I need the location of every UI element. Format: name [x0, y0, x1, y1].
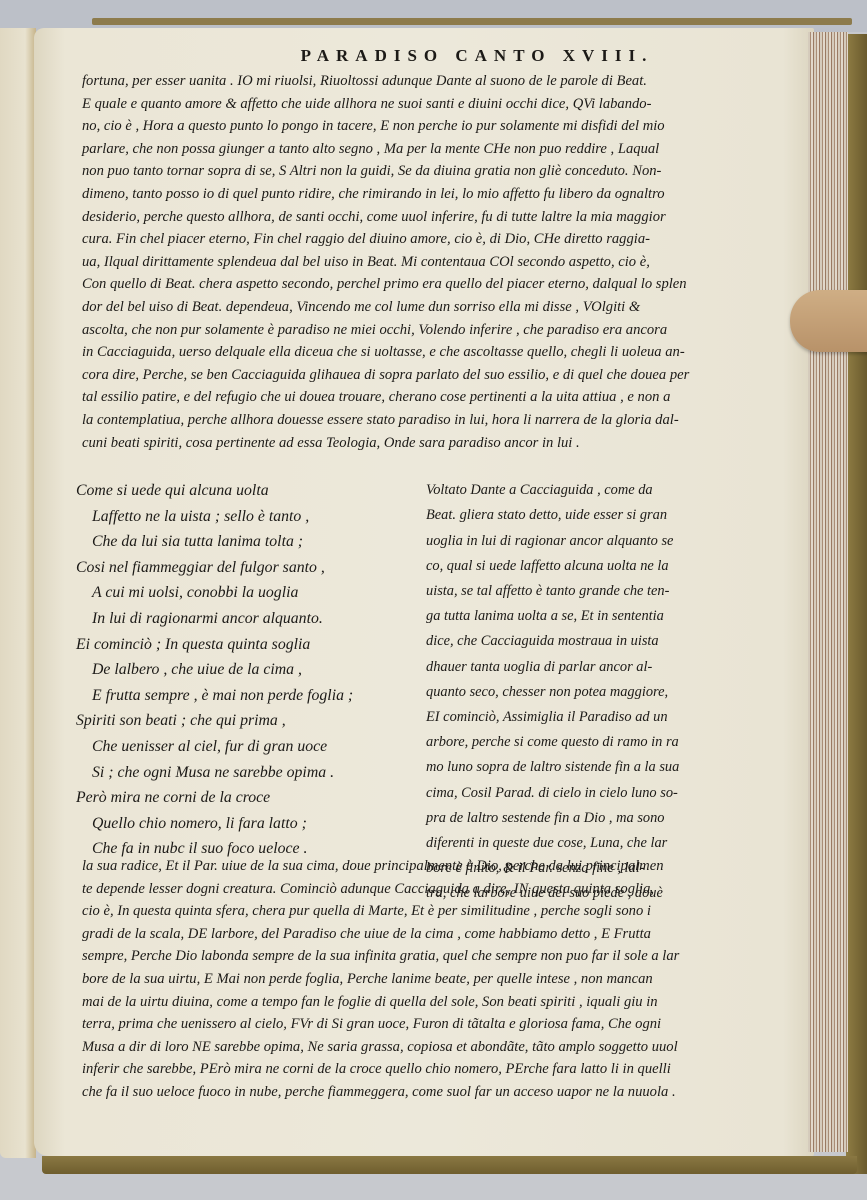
commentary-line: fortuna, per esser uanita . IO mi riuols…	[82, 70, 802, 93]
commentary-line: terra, prima che uenissero al cielo, FVr…	[82, 1013, 802, 1036]
commentary-line: bore de la sua uirtu, E Mai non perde fo…	[82, 968, 802, 991]
commentary-line: desiderio, perche questo allhora, de san…	[82, 206, 802, 229]
commentary-line: la contemplatiua, perche allhora douesse…	[82, 409, 802, 432]
gloss-line: dice, che Cacciaguida mostraua in uista	[426, 629, 722, 654]
commentary-line: parlare, che non possa giunger a tanto a…	[82, 138, 802, 161]
commentary-line: tal essilio patire, e del refugio che ui…	[82, 386, 802, 409]
commentary-line: dimeno, tanto posso io di quel punto rid…	[82, 183, 802, 206]
gloss-line: co, qual si uede laffetto alcuna uolta n…	[426, 554, 722, 579]
commentary-line: Con quello di Beat. chera aspetto second…	[82, 273, 802, 296]
gloss-line: uoglia in lui di ragionar ancor alquanto…	[426, 529, 722, 554]
verse-line: Cosi nel fiammeggiar del fulgor santo ,	[76, 555, 416, 581]
verse-line: Laffetto ne la uista ; sello è tanto ,	[76, 504, 416, 530]
gloss-line: Voltato Dante a Cacciaguida , come da	[426, 478, 722, 503]
commentary-line: non puo tanto tornar sopra di se, S Altr…	[82, 160, 802, 183]
page-content: PARADISO CANTO XVIII. fortuna, per esser…	[82, 46, 802, 1104]
gloss-line: pra de laltro sestende fin a Dio , ma so…	[426, 806, 722, 831]
commentary-line: ascolta, che non pur solamente è paradis…	[82, 319, 802, 342]
previous-page-edge	[0, 28, 36, 1158]
commentary-line: che fa il suo ueloce fuoco in nube, perc…	[82, 1081, 802, 1104]
verse-line: Si ; che ogni Musa ne sarebbe opima .	[76, 760, 416, 786]
gloss-line: dhauer tanta uoglia di parlar ancor al-	[426, 655, 722, 680]
verse-line: Però mira ne corni de la croce	[76, 785, 416, 811]
gloss-line: mo luno sopra de laltro sistende fin a l…	[426, 755, 722, 780]
verse-line: Che fa in nubc il suo foco ueloce .	[76, 836, 416, 862]
commentary-line: inferir che sarebbe, PErò mira ne corni …	[82, 1058, 802, 1081]
verse-line: De lalbero , che uiue de la cima ,	[76, 657, 416, 683]
commentary-line: E quale e quanto amore & affetto che uid…	[82, 93, 802, 116]
verse-line: Come si uede qui alcuna uolta	[76, 478, 416, 504]
commentary-line: dor del bel uiso di Beat. dependeua, Vin…	[82, 296, 802, 319]
verse-line: E frutta sempre , è mai non perde foglia…	[76, 683, 416, 709]
commentary-line: Musa a dir di loro NE sarebbe opima, Ne …	[82, 1036, 802, 1059]
commentary-line: cuni beati spiriti, cosa pertinente ad e…	[82, 432, 802, 455]
commentary-line: gradi de la scala, DE larbore, del Parad…	[82, 923, 802, 946]
gloss-line: arbore, perche si come questo di ramo in…	[426, 730, 722, 755]
verse-line: Che uenisser al ciel, fur di gran uoce	[76, 734, 416, 760]
gloss-line: EI cominciò, Assimiglia il Paradiso ad u…	[426, 705, 722, 730]
verse-line: Quello chio nomero, li fara latto ;	[76, 811, 416, 837]
verse-line: Che da lui sia tutta lanima tolta ;	[76, 529, 416, 555]
gloss-line: Beat. gliera stato detto, uide esser si …	[426, 503, 722, 528]
verse-line: In lui di ragionarmi ancor alquanto.	[76, 606, 416, 632]
gloss-line: cima, Cosil Parad. di cielo in cielo lun…	[426, 781, 722, 806]
verse-and-gloss: Come si uede qui alcuna uolta Laffetto n…	[82, 478, 802, 853]
gloss-line: diferenti in queste due cose, Luna, che …	[426, 831, 722, 856]
commentary-line: ua, Ilqual dirittamente splendeua dal be…	[82, 251, 802, 274]
gloss-line: ga tutta lanima uolta a se, Et in senten…	[426, 604, 722, 629]
page-fore-edge	[808, 32, 848, 1152]
verse-block: Come si uede qui alcuna uolta Laffetto n…	[76, 478, 416, 862]
gloss-line: quanto seco, chesser non potea maggiore,	[426, 680, 722, 705]
commentary-line: cora dire, Perche, se ben Cacciaguida gl…	[82, 364, 802, 387]
book-cover-bottom-edge	[42, 1156, 857, 1174]
running-head: PARADISO CANTO XVIII.	[152, 46, 802, 66]
verse-line: Ei cominciò ; In questa quinta soglia	[76, 632, 416, 658]
commentary-line: mai de la uirtu diuina, come a tempo fan…	[82, 991, 802, 1014]
commentary-line: cura. Fin chel piacer eterno, Fin chel r…	[82, 228, 802, 251]
gloss-column: Voltato Dante a Cacciaguida , come da Be…	[426, 478, 722, 906]
commentary-top: fortuna, per esser uanita . IO mi riuols…	[82, 70, 802, 454]
book-cover-right-edge	[846, 34, 867, 1174]
verse-line: A cui mi uolsi, conobbi la uoglia	[76, 580, 416, 606]
verse-line: Spiriti son beati ; che qui prima ,	[76, 708, 416, 734]
gloss-line: uista, se tal affetto è tanto grande che…	[426, 579, 722, 604]
book-cover-top-edge	[92, 18, 852, 25]
commentary-line: in Cacciaguida, uerso delquale ella dice…	[82, 341, 802, 364]
commentary-line: no, cio è , Hora a questo punto lo pongo…	[82, 115, 802, 138]
gloss-line: bore è finito, & il Par. senza fine , la…	[426, 856, 722, 881]
gloss-line: tra, che larbore uiue del suo piede , do…	[426, 881, 722, 906]
commentary-line: sempre, Perche Dio labonda sempre de la …	[82, 945, 802, 968]
